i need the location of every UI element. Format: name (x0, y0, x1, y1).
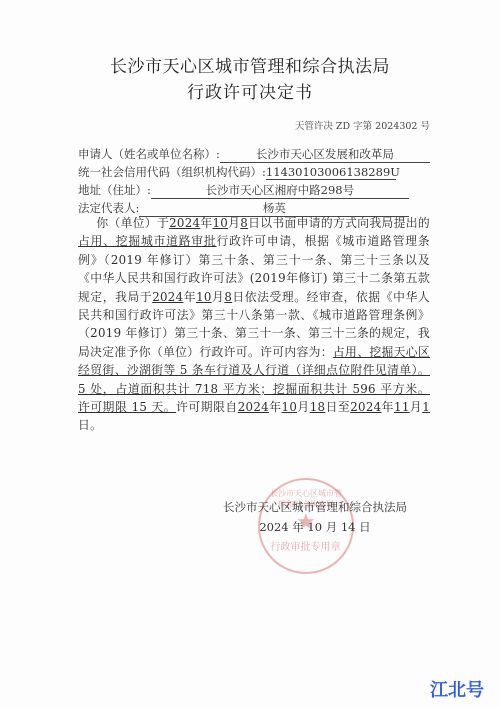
apply-day: 8 (240, 216, 248, 230)
start-month: 10 (282, 400, 298, 414)
seal-text: 行政审批专用章 (260, 538, 351, 553)
body-text: 日以书面申请的方式向我局提出的 (248, 216, 430, 230)
signature-org: 长沙市天心区城市管理和综合执法局 (180, 499, 450, 515)
body-text: 年 (381, 400, 394, 414)
credit-code-field: 统一社会信用代码（组织机构代码）:11430103006138289U (78, 164, 396, 180)
body-text: 日。 (78, 418, 102, 432)
accept-month: 10 (196, 290, 212, 304)
signature-date: 2024 年 10 月 14 日 (180, 519, 450, 535)
start-year: 2024 (238, 400, 269, 414)
body-text: 年 (269, 400, 282, 414)
apply-month: 10 (212, 216, 228, 230)
body-text: 年 (200, 216, 212, 230)
end-year: 2024 (350, 400, 381, 414)
credit-code-value: 11430103006138289U (266, 165, 396, 180)
applicant-field: 申请人（姓名或单位名称）:长沙市天心区发展和改革局 (78, 146, 430, 163)
decision-body: 你（单位）于2024年10月8日以书面申请的方式向我局提出的占用、挖掘城市道路审… (78, 214, 430, 435)
body-text: 你（单位）于 (96, 216, 169, 230)
body-text: 月 (212, 290, 225, 304)
address-value: 长沙市天心区湘府中路298号 (151, 182, 409, 199)
watermark-logo: 江北号 (430, 676, 484, 702)
start-day: 18 (310, 400, 326, 414)
body-text: 许可期限自 (176, 400, 238, 414)
permit-item: 占用、挖掘城市道路审批 (78, 234, 216, 248)
end-month: 11 (394, 400, 410, 414)
body-text: 月 (297, 400, 310, 414)
applicant-value: 长沙市天心区发展和改革局 (220, 146, 430, 163)
document-page: 长沙市天心区城市管理和综合执法局 行政许可决定书 天管许决 ZD 字第 2024… (0, 0, 500, 707)
accept-year: 2024 (152, 290, 183, 304)
address-field: 地址（住址）:长沙市天心区湘府中路298号 (78, 182, 409, 199)
applicant-label: 申请人（姓名或单位名称）: (78, 147, 220, 161)
document-title-org: 长沙市天心区城市管理和综合执法局 (0, 52, 500, 77)
body-text: 年 (183, 290, 196, 304)
document-title: 行政许可决定书 (0, 78, 500, 103)
body-text: 月 (228, 216, 240, 230)
apply-year: 2024 (169, 216, 200, 230)
body-text: 月 (410, 400, 423, 414)
credit-code-label: 统一社会信用代码（组织机构代码）: (78, 165, 266, 179)
legal-rep-label: 法定代表人: (78, 201, 139, 215)
document-number: 天管许决 ZD 字第 2024302 号 (295, 118, 430, 132)
accept-day: 8 (224, 290, 232, 304)
body-text: 日至 (325, 400, 350, 414)
end-day: 1 (422, 400, 430, 414)
address-label: 地址（住址）: (78, 183, 151, 197)
